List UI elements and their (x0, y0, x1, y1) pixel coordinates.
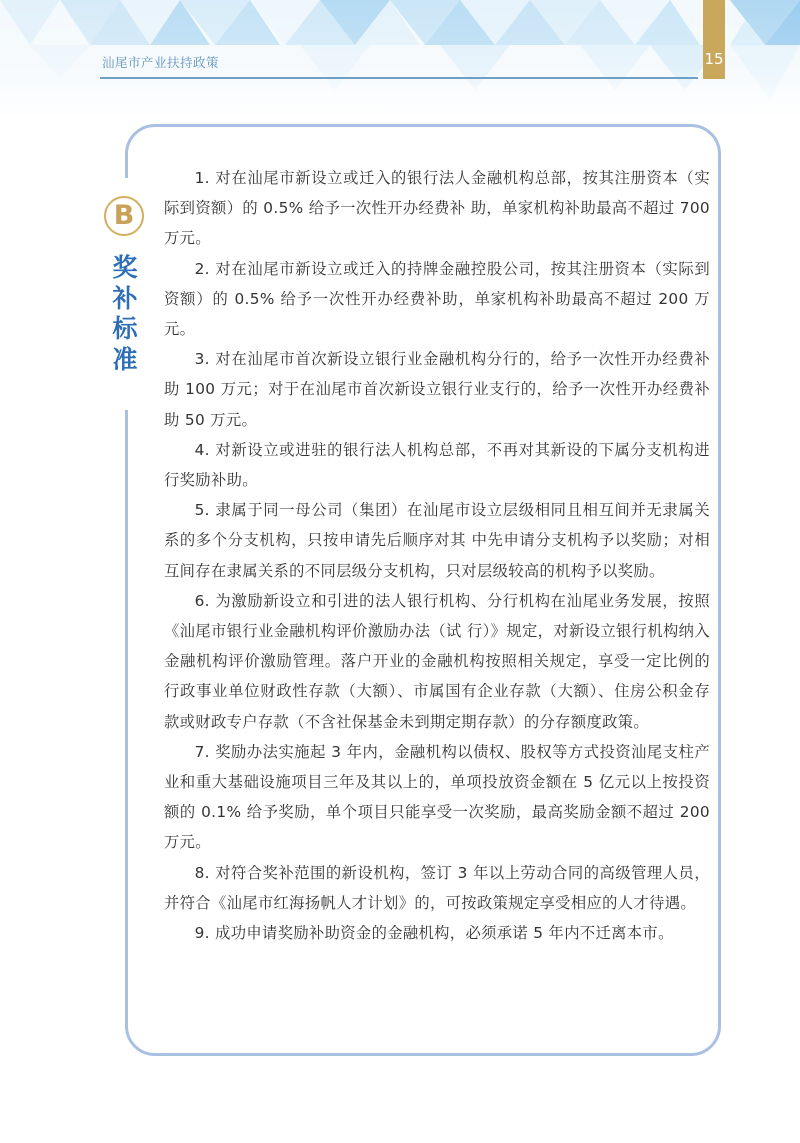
policy-content: 1. 对在汕尾市新设立或迁入的银行法人金融机构总部，按其注册资本（实际到资额）的… (164, 163, 710, 948)
section-title-char: 奖 (108, 253, 142, 284)
policy-item-5: 5. 隶属于同一母公司（集团）在汕尾市设立层级相同且相互间并无隶属关系的多个分支… (164, 495, 710, 586)
header-title: 汕尾市产业扶持政策 (102, 53, 219, 71)
page-number: 15 (703, 50, 725, 68)
policy-item-7: 7. 奖励办法实施起 3 年内，金融机构以债权、股权等方式投资汕尾支柱产业和重大… (164, 737, 710, 858)
policy-item-6: 6. 为激励新设立和引进的法人银行机构、分行机构在汕尾业务发展，按照《汕尾市银行… (164, 586, 710, 737)
section-title-char: 补 (108, 284, 142, 315)
header-divider (100, 77, 698, 79)
policy-item-1: 1. 对在汕尾市新设立或迁入的银行法人金融机构总部，按其注册资本（实际到资额）的… (164, 163, 710, 254)
policy-item-4: 4. 对新设立或进驻的银行法人机构总部，不再对其新设的下属分支机构进行奖励补助。 (164, 435, 710, 495)
section-badge: B (104, 196, 144, 236)
policy-item-8: 8. 对符合奖补范围的新设机构，签订 3 年以上劳动合同的高级管理人员，并符合《… (164, 858, 710, 918)
section-title-char: 准 (108, 345, 142, 376)
policy-item-3: 3. 对在汕尾市首次新设立银行业金融机构分行的，给予一次性开办经费补助 100 … (164, 344, 710, 435)
section-title-vertical: 奖 补 标 准 (108, 253, 142, 375)
section-title-char: 标 (108, 314, 142, 345)
policy-item-2: 2. 对在汕尾市新设立或迁入的持牌金融控股公司，按其注册资本（实际到资额）的 0… (164, 254, 710, 345)
policy-item-9: 9. 成功申请奖励补助资金的金融机构，必须承诺 5 年内不迁离本市。 (164, 918, 710, 948)
